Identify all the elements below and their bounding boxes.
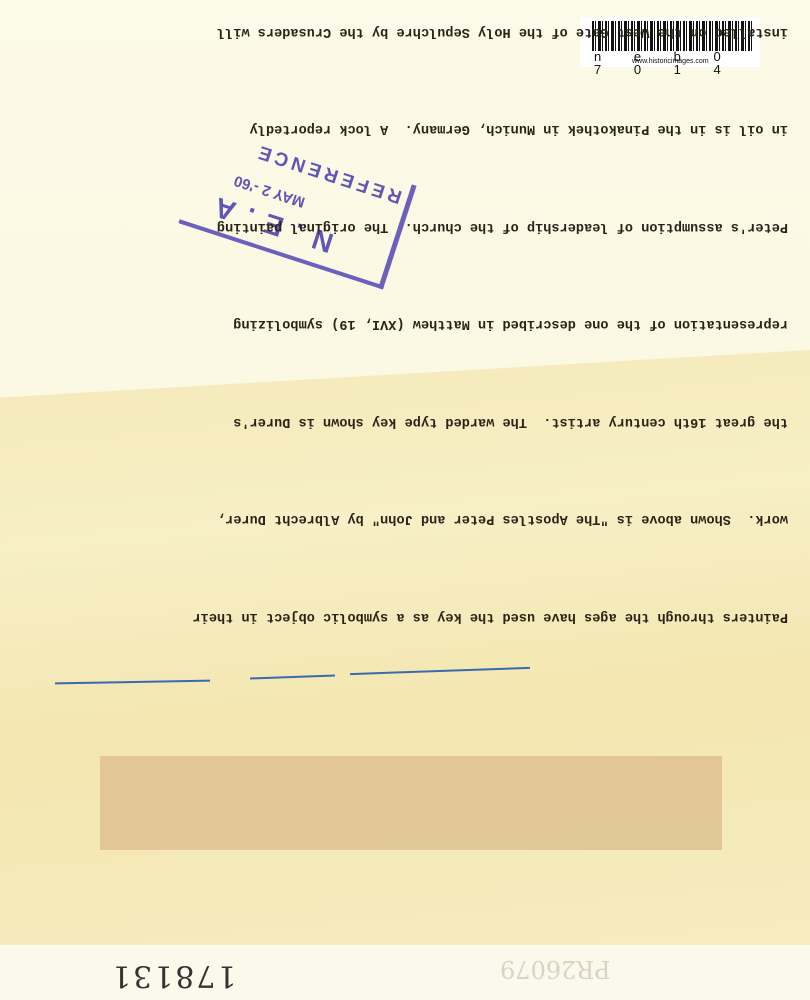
handwritten-number: 178131	[110, 958, 237, 993]
caption-line: Painters through the ages have used the …	[48, 600, 788, 633]
caption-line: work. Shown above is "The Apostles Peter…	[48, 502, 788, 535]
adhesive-tape	[100, 756, 722, 850]
caption-text: Painters through the ages have used the …	[48, 0, 788, 697]
faint-number: PR26079	[500, 955, 611, 983]
caption-line: in oil is in the Pinakothek in Munich, G…	[48, 112, 788, 145]
caption-line: Peter's assumption of leadership of the …	[48, 210, 788, 243]
caption-line: installed on the West Gate of the Holy S…	[48, 15, 788, 48]
caption-line: representation of the one described in M…	[48, 307, 788, 340]
caption-line: the great 16th century artist. The warde…	[48, 405, 788, 438]
